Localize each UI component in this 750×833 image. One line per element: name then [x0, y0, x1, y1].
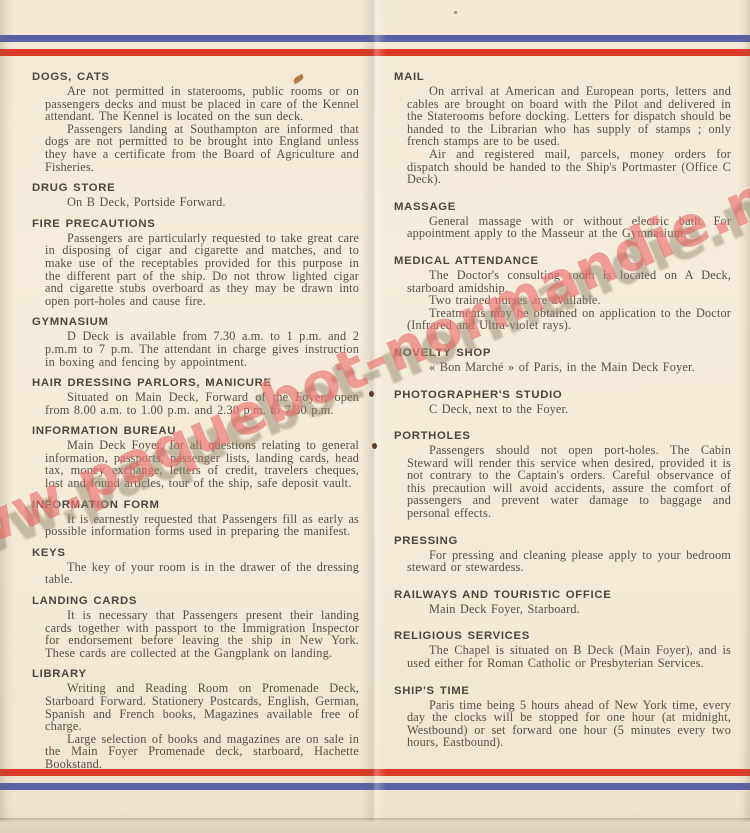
- section-paragraph: D Deck is available from 7.30 a.m. to 1 …: [45, 330, 359, 368]
- section-body: It is necessary that Passengers present …: [45, 609, 359, 659]
- section-paragraph: C Deck, next to the Foyer.: [407, 403, 731, 416]
- section-heading: PRESSING: [394, 535, 731, 548]
- section-body: Situated on Main Deck, Forward of the Fo…: [45, 391, 359, 416]
- section-heading: INFORMATION FORM: [32, 499, 359, 512]
- document-section: INFORMATION FORMIt is earnestly requeste…: [32, 499, 359, 538]
- section-heading: NOVELTY SHOP: [394, 347, 731, 360]
- section-body: C Deck, next to the Foyer.: [407, 403, 731, 416]
- section-body: Passengers should not open port-holes. T…: [407, 444, 731, 520]
- document-section: SHIP'S TIMEParis time being 5 hours ahea…: [394, 685, 731, 749]
- document-section: DRUG STOREOn B Deck, Portside Forward.: [32, 182, 359, 209]
- section-paragraph: Air and registered mail, parcels, money …: [407, 148, 731, 186]
- scanned-page: DOGS, CATSAre not permitted in stateroom…: [0, 0, 750, 833]
- section-paragraph: On arrival at American and European port…: [407, 85, 731, 148]
- top-red-stripe: [0, 49, 750, 56]
- section-heading: INFORMATION BUREAU: [32, 425, 359, 438]
- section-paragraph: Main Deck Foyer, for all questions relat…: [45, 439, 359, 489]
- section-body: Main Deck Foyer, Starboard.: [407, 603, 731, 616]
- section-body: For pressing and cleaning please apply t…: [407, 549, 731, 574]
- section-heading: DOGS, CATS: [32, 71, 359, 84]
- document-section: LIBRARYWriting and Reading Room on Prome…: [32, 668, 359, 770]
- document-section: DOGS, CATSAre not permitted in stateroom…: [32, 71, 359, 173]
- section-paragraph: Situated on Main Deck, Forward of the Fo…: [45, 391, 359, 416]
- section-paragraph: For pressing and cleaning please apply t…: [407, 549, 731, 574]
- section-body: General massage with or without electric…: [407, 215, 731, 240]
- section-paragraph: The Chapel is situated on B Deck (Main F…: [407, 644, 731, 669]
- section-paragraph: Paris time being 5 hours ahead of New Yo…: [407, 699, 731, 749]
- section-paragraph: Treatments may be obtained on applicatio…: [407, 307, 731, 332]
- section-paragraph: It is earnestly requested that Passenger…: [45, 513, 359, 538]
- document-section: PRESSINGFor pressing and cleaning please…: [394, 535, 731, 574]
- section-paragraph: Passengers should not open port-holes. T…: [407, 444, 731, 520]
- section-body: Paris time being 5 hours ahead of New Yo…: [407, 699, 731, 749]
- section-body: The key of your room is in the drawer of…: [45, 561, 359, 586]
- page-edge-right: [738, 0, 750, 833]
- document-section: FIRE PRECAUTIONSPassengers are particula…: [32, 218, 359, 308]
- section-paragraph: The key of your room is in the drawer of…: [45, 561, 359, 586]
- section-paragraph: Are not permitted in staterooms, public …: [45, 85, 359, 123]
- bottom-red-stripe: [0, 769, 750, 776]
- section-body: Passengers are particularly requested to…: [45, 232, 359, 308]
- page-edge-bottom: [0, 818, 750, 833]
- section-heading: PHOTOGRAPHER'S STUDIO: [394, 389, 731, 402]
- section-heading: FIRE PRECAUTIONS: [32, 218, 359, 231]
- section-body: It is earnestly requested that Passenger…: [45, 513, 359, 538]
- section-paragraph: Passengers are particularly requested to…: [45, 232, 359, 308]
- section-heading: KEYS: [32, 547, 359, 560]
- right-column: MAILOn arrival at American and European …: [394, 71, 731, 764]
- section-body: The Doctor's consulting room is located …: [407, 269, 731, 332]
- section-heading: DRUG STORE: [32, 182, 359, 195]
- section-body: On B Deck, Portside Forward.: [45, 196, 359, 209]
- section-body: Writing and Reading Room on Promenade De…: [45, 682, 359, 770]
- section-body: Main Deck Foyer, for all questions relat…: [45, 439, 359, 489]
- section-paragraph: Main Deck Foyer, Starboard.: [407, 603, 731, 616]
- document-section: PORTHOLESPassengers should not open port…: [394, 430, 731, 520]
- bottom-blue-stripe: [0, 783, 750, 790]
- section-body: The Chapel is situated on B Deck (Main F…: [407, 644, 731, 669]
- section-body: On arrival at American and European port…: [407, 85, 731, 186]
- top-blue-stripe: [0, 35, 750, 42]
- document-section: INFORMATION BUREAUMain Deck Foyer, for a…: [32, 425, 359, 489]
- document-section: MEDICAL ATTENDANCEThe Doctor's consultin…: [394, 255, 731, 332]
- document-section: NOVELTY SHOP« Bon Marché » of Paris, in …: [394, 347, 731, 374]
- section-body: « Bon Marché » of Paris, in the Main Dec…: [407, 361, 731, 374]
- section-paragraph: The Doctor's consulting room is located …: [407, 269, 731, 294]
- page-edge-left: [0, 0, 14, 833]
- section-heading: PORTHOLES: [394, 430, 731, 443]
- document-section: MAILOn arrival at American and European …: [394, 71, 731, 186]
- section-paragraph: Two trained nurses are available.: [407, 294, 731, 307]
- section-paragraph: It is necessary that Passengers present …: [45, 609, 359, 659]
- document-section: LANDING CARDSIt is necessary that Passen…: [32, 595, 359, 659]
- document-section: HAIR DRESSING PARLORS, MANICURESituated …: [32, 377, 359, 416]
- document-section: RELIGIOUS SERVICESThe Chapel is situated…: [394, 630, 731, 669]
- left-column: DOGS, CATSAre not permitted in stateroom…: [32, 71, 359, 780]
- section-paragraph: Writing and Reading Room on Promenade De…: [45, 682, 359, 732]
- section-heading: RELIGIOUS SERVICES: [394, 630, 731, 643]
- section-heading: HAIR DRESSING PARLORS, MANICURE: [32, 377, 359, 390]
- document-section: GYMNASIUMD Deck is available from 7.30 a…: [32, 316, 359, 368]
- section-heading: LANDING CARDS: [32, 595, 359, 608]
- section-heading: RAILWAYS AND TOURISTIC OFFICE: [394, 589, 731, 602]
- section-paragraph: Large selection of books and magazines a…: [45, 733, 359, 771]
- paper-speck: [454, 11, 457, 14]
- section-heading: SHIP'S TIME: [394, 685, 731, 698]
- staple-hole: [369, 391, 374, 397]
- document-section: MASSAGEGeneral massage with or without e…: [394, 201, 731, 240]
- document-section: PHOTOGRAPHER'S STUDIOC Deck, next to the…: [394, 389, 731, 416]
- section-paragraph: General massage with or without electric…: [407, 215, 731, 240]
- section-heading: LIBRARY: [32, 668, 359, 681]
- section-heading: MAIL: [394, 71, 731, 84]
- staple-hole: [372, 443, 377, 449]
- section-heading: GYMNASIUM: [32, 316, 359, 329]
- document-section: KEYSThe key of your room is in the drawe…: [32, 547, 359, 586]
- document-section: RAILWAYS AND TOURISTIC OFFICEMain Deck F…: [394, 589, 731, 616]
- section-body: D Deck is available from 7.30 a.m. to 1 …: [45, 330, 359, 368]
- section-body: Are not permitted in staterooms, public …: [45, 85, 359, 173]
- section-paragraph: On B Deck, Portside Forward.: [45, 196, 359, 209]
- section-heading: MEDICAL ATTENDANCE: [394, 255, 731, 268]
- section-paragraph: « Bon Marché » of Paris, in the Main Dec…: [407, 361, 731, 374]
- section-heading: MASSAGE: [394, 201, 731, 214]
- center-fold: [360, 0, 386, 833]
- section-paragraph: Passengers landing at Southampton are in…: [45, 123, 359, 173]
